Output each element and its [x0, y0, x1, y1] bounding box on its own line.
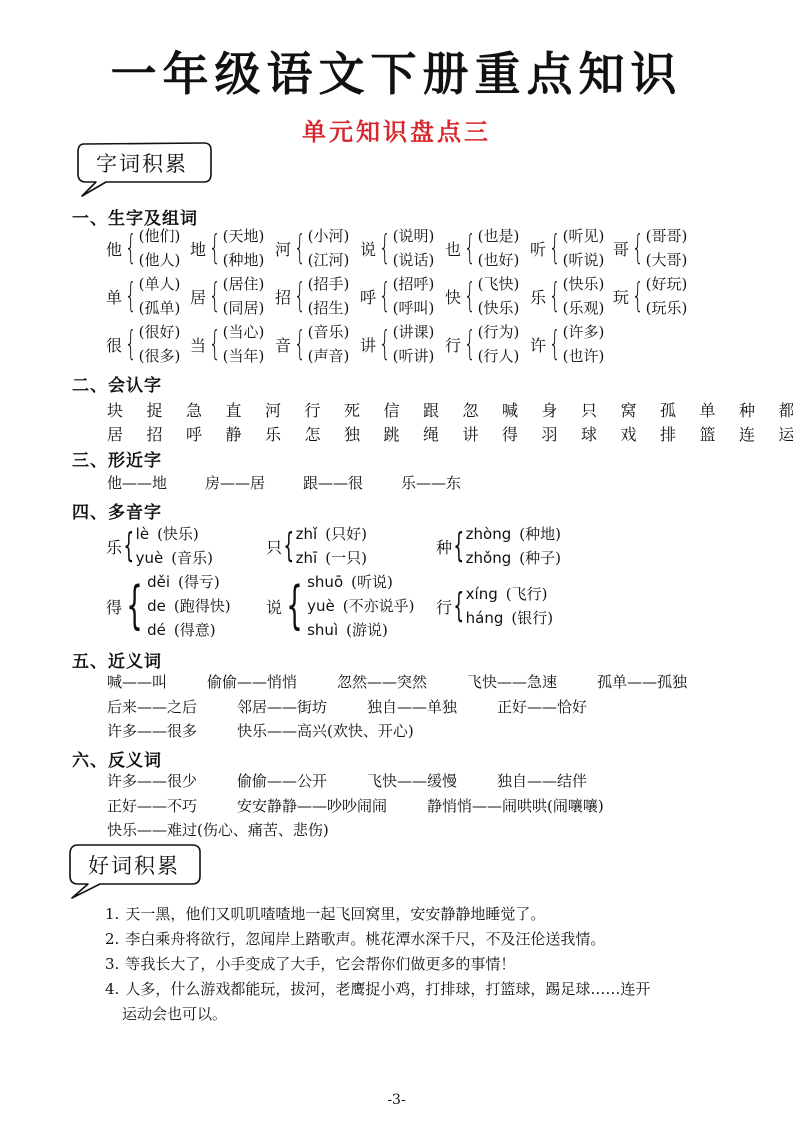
polyphonic-group: 得{děi(得亏)de(跑得快)dé(得意) — [106, 570, 231, 642]
brace-icon: { — [632, 279, 644, 313]
compound-word: (种地) — [223, 248, 265, 272]
sentence-item: 3.等我长大了，小手变成了大手，它会帮你们做更多的事情！ — [105, 953, 515, 974]
word-list: (当心)(当年) — [223, 320, 265, 368]
reading-line: děi(得亏) — [147, 570, 230, 594]
example-word: (听说) — [351, 573, 393, 591]
synonym-pair: 许多——很多 — [107, 720, 197, 741]
compound-word: (也许) — [563, 344, 605, 368]
compound-word: (听见) — [563, 224, 605, 248]
compound-word: (乐观) — [563, 296, 605, 320]
brace-icon: { — [125, 279, 137, 313]
synonym-row: 喊——叫偷偷——悄悄忽然——突然飞快——急速孤单——孤独 — [107, 671, 727, 692]
pinyin: dé — [147, 621, 166, 639]
pinyin: xíng — [466, 585, 498, 603]
pinyin: zhǐ — [296, 525, 318, 543]
reading-line: dé(得意) — [147, 618, 230, 642]
character: 他 — [106, 237, 122, 260]
recognize-character: 都 — [779, 398, 793, 421]
bubble-label: 好词积累 — [88, 850, 180, 880]
speech-bubble-word-accumulation: 字词积累 — [74, 140, 214, 200]
recognize-character: 种 — [739, 398, 779, 421]
compound-word: (当年) — [223, 344, 265, 368]
compound-word: (讲课) — [393, 320, 435, 344]
reading-line: zhǒng(种子) — [466, 546, 561, 570]
reading-list: lè(快乐)yuè(音乐) — [136, 522, 213, 570]
word-list: (说明)(说话) — [393, 224, 435, 272]
word-list: (音乐)(声音) — [308, 320, 350, 368]
recognize-character: 孤 — [660, 398, 700, 421]
pinyin: yuè — [136, 549, 164, 567]
pinyin: děi — [147, 573, 170, 591]
compound-word: (他人) — [139, 248, 181, 272]
compound-word: (说明) — [393, 224, 435, 248]
recognize-character: 连 — [739, 422, 779, 445]
character: 单 — [106, 285, 122, 308]
example-word: (快乐) — [157, 525, 199, 543]
word-group: 也{(也是)(也好) — [445, 224, 519, 272]
character: 玩 — [613, 285, 629, 308]
brace-icon: { — [286, 580, 303, 632]
word-group: 行{(行为)(行人) — [445, 320, 519, 368]
compound-word: (许多) — [563, 320, 605, 344]
antonym-pair: 正好——不巧 — [107, 795, 197, 816]
compound-word: (也是) — [478, 224, 520, 248]
pinyin: de — [147, 597, 166, 615]
compound-word: (他们) — [139, 224, 181, 248]
recognize-characters-row-1: 块捉急直河行死信跟忽喊身只窝孤单种都邻 — [107, 398, 793, 421]
character: 招 — [275, 285, 291, 308]
example-word: (一只) — [325, 549, 367, 567]
word-list: (快乐)(乐观) — [563, 272, 605, 320]
compound-word: (行人) — [478, 344, 520, 368]
reading-line: de(跑得快) — [147, 594, 230, 618]
brace-icon: { — [294, 231, 306, 265]
word-group: 说{(说明)(说话) — [360, 224, 434, 272]
polyphonic-group: 种{zhòng(种地)zhǒng(种子) — [436, 522, 561, 570]
compound-word: (同居) — [223, 296, 265, 320]
character: 行 — [436, 595, 452, 618]
compound-word: (哥哥) — [646, 224, 688, 248]
word-group: 许{(许多)(也许) — [530, 320, 604, 368]
sentence-number: 3. — [105, 955, 119, 973]
reading-line: yuè(不亦说乎) — [307, 594, 414, 618]
synonym-pair: 快乐——高兴(欢快、开心) — [237, 720, 414, 741]
recognize-character: 乐 — [265, 422, 305, 445]
character: 许 — [530, 333, 546, 356]
word-group: 玩{(好玩)(玩乐) — [613, 272, 687, 320]
brace-icon: { — [125, 231, 137, 265]
pinyin: zhòng — [466, 525, 512, 543]
example-word: (种地) — [519, 525, 561, 543]
reading-line: háng(银行) — [466, 606, 553, 630]
compound-word: (天地) — [223, 224, 265, 248]
pinyin: háng — [466, 609, 504, 627]
brace-icon: { — [294, 279, 306, 313]
reading-list: shuō(听说)yuè(不亦说乎)shuì(游说) — [307, 570, 414, 642]
word-group: 呼{(招呼)(呼叫) — [360, 272, 434, 320]
character: 哥 — [613, 237, 629, 260]
word-list: (他们)(他人) — [139, 224, 181, 272]
brace-icon: { — [464, 231, 476, 265]
character: 居 — [190, 285, 206, 308]
sentence-item: 1.天一黑，他们又叽叽喳喳地一起飞回窝里，安安静静地睡觉了。 — [105, 903, 545, 924]
pinyin: shuì — [307, 621, 338, 639]
compound-word: (当心) — [223, 320, 265, 344]
recognize-character: 单 — [700, 398, 740, 421]
word-group: 单{(单人)(孤单) — [106, 272, 180, 320]
word-list: (居住)(同居) — [223, 272, 265, 320]
example-word: (飞行) — [506, 585, 548, 603]
brace-icon: { — [379, 327, 391, 361]
character: 说 — [266, 595, 282, 618]
character: 地 — [190, 237, 206, 260]
recognize-character: 只 — [581, 398, 621, 421]
brace-icon: { — [294, 327, 306, 361]
reading-list: děi(得亏)de(跑得快)dé(得意) — [147, 570, 230, 642]
section-heading-similar-characters: 三、形近字 — [72, 446, 162, 471]
recognize-character: 跳 — [384, 422, 424, 445]
compound-word: (快乐) — [478, 296, 520, 320]
character: 种 — [436, 535, 452, 558]
word-group: 河{(小河)(江河) — [275, 224, 349, 272]
brace-icon: { — [125, 327, 137, 361]
pinyin: zhǒng — [466, 549, 512, 567]
compound-word: (呼叫) — [393, 296, 435, 320]
pinyin: zhī — [296, 549, 318, 567]
recognize-character: 信 — [384, 398, 424, 421]
character: 行 — [445, 333, 461, 356]
sentence-number: 4. — [105, 980, 119, 998]
antonym-row: 许多——很少偷偷——公开飞快——缓慢独自——结伴 — [107, 770, 627, 791]
brace-icon: { — [453, 589, 464, 623]
word-list: (哥哥)(大哥) — [646, 224, 688, 272]
recognize-characters-row-2: 居招呼静乐怎独跳绳讲得羽球戏排篮连运 — [107, 422, 793, 445]
synonym-pair: 后来——之后 — [107, 696, 197, 717]
compound-word: (江河) — [308, 248, 350, 272]
character: 音 — [275, 333, 291, 356]
reading-list: xíng(飞行)háng(银行) — [466, 582, 553, 630]
sentence-item: 4.人多，什么游戏都能玩，拔河，老鹰捉小鸡，打排球，打篮球，踢足球……连开 — [105, 978, 650, 999]
recognize-character: 排 — [660, 422, 700, 445]
word-list: (小河)(江河) — [308, 224, 350, 272]
brace-icon: { — [632, 231, 644, 265]
antonym-pair: 静悄悄——闹哄哄(闹嚷嚷) — [427, 795, 604, 816]
compound-word: (招呼) — [393, 272, 435, 296]
compound-word: (行为) — [478, 320, 520, 344]
reading-line: xíng(飞行) — [466, 582, 553, 606]
character: 说 — [360, 237, 376, 260]
sentence-text: 等我长大了，小手变成了大手，它会帮你们做更多的事情！ — [125, 955, 515, 973]
recognize-character: 招 — [147, 422, 187, 445]
word-group: 地{(天地)(种地) — [190, 224, 264, 272]
word-list: (招呼)(呼叫) — [393, 272, 435, 320]
reading-line: lè(快乐) — [136, 522, 213, 546]
brace-icon: { — [209, 327, 221, 361]
character: 呼 — [360, 285, 376, 308]
sentence-number: 1. — [105, 905, 119, 923]
antonym-pair: 安安静静——吵吵闹闹 — [237, 795, 387, 816]
page-number: -3- — [0, 1092, 793, 1108]
similar-pair: 乐——东 — [401, 472, 461, 493]
section-heading-antonyms: 六、反义词 — [72, 746, 162, 771]
recognize-character: 得 — [502, 422, 542, 445]
sentence-text: 天一黑，他们又叽叽喳喳地一起飞回窝里，安安静静地睡觉了。 — [125, 905, 545, 923]
example-word: (种子) — [519, 549, 561, 567]
compound-word: (招生) — [308, 296, 350, 320]
synonym-pair: 孤单——孤独 — [597, 671, 687, 692]
recognize-character: 急 — [186, 398, 226, 421]
recognize-character: 跟 — [423, 398, 463, 421]
pinyin: shuō — [307, 573, 343, 591]
recognize-character: 绳 — [423, 422, 463, 445]
antonym-pair: 快乐——难过(伤心、痛苦、悲伤) — [107, 819, 329, 840]
recognize-character: 河 — [265, 398, 305, 421]
word-list: (招手)(招生) — [308, 272, 350, 320]
word-group: 他{(他们)(他人) — [106, 224, 180, 272]
sentence-continuation: 运动会也可以。 — [122, 1003, 227, 1024]
synonym-pair: 正好——恰好 — [497, 696, 587, 717]
compound-word: (单人) — [139, 272, 181, 296]
antonym-pair: 许多——很少 — [107, 770, 197, 791]
compound-word: (说话) — [393, 248, 435, 272]
recognize-character: 捉 — [147, 398, 187, 421]
recognize-character: 行 — [305, 398, 345, 421]
word-list: (很好)(很多) — [139, 320, 181, 368]
brace-icon: { — [453, 529, 464, 563]
example-word: (银行) — [511, 609, 553, 627]
word-group: 招{(招手)(招生) — [275, 272, 349, 320]
character: 也 — [445, 237, 461, 260]
word-group: 哥{(哥哥)(大哥) — [613, 224, 687, 272]
recognize-character: 块 — [107, 398, 147, 421]
reading-list: zhòng(种地)zhǒng(种子) — [466, 522, 561, 570]
recognize-character: 喊 — [502, 398, 542, 421]
synonym-row: 后来——之后邻居——街坊独自——单独正好——恰好 — [107, 696, 627, 717]
compound-word: (居住) — [223, 272, 265, 296]
recognize-character: 戏 — [621, 422, 661, 445]
polyphonic-group: 只{zhǐ(只好)zhī(一只) — [266, 522, 367, 570]
recognize-character: 直 — [226, 398, 266, 421]
antonym-pair: 独自——结伴 — [497, 770, 587, 791]
word-list: (天地)(种地) — [223, 224, 265, 272]
example-word: (只好) — [325, 525, 367, 543]
polyphonic-group: 行{xíng(飞行)háng(银行) — [436, 582, 553, 630]
character: 很 — [106, 333, 122, 356]
compound-word: (音乐) — [308, 320, 350, 344]
word-group: 讲{(讲课)(听讲) — [360, 320, 434, 368]
character: 听 — [530, 237, 546, 260]
recognize-character: 运 — [779, 422, 793, 445]
synonym-pair: 邻居——街坊 — [237, 696, 327, 717]
compound-word: (声音) — [308, 344, 350, 368]
recognize-character: 怎 — [305, 422, 345, 445]
recognize-character: 死 — [344, 398, 384, 421]
word-group: 很{(很好)(很多) — [106, 320, 180, 368]
page-title: 一年级语文下册重点知识 — [0, 38, 793, 104]
character: 得 — [106, 595, 122, 618]
brace-icon: { — [379, 231, 391, 265]
recognize-character: 窝 — [621, 398, 661, 421]
reading-line: shuì(游说) — [307, 618, 414, 642]
recognize-character: 静 — [226, 422, 266, 445]
section-heading-recognize-characters: 二、会认字 — [72, 371, 162, 396]
brace-icon: { — [464, 327, 476, 361]
recognize-character: 篮 — [700, 422, 740, 445]
word-group: 快{(飞快)(快乐) — [445, 272, 519, 320]
pinyin: yuè — [307, 597, 335, 615]
brace-icon: { — [126, 580, 143, 632]
recognize-character: 讲 — [463, 422, 503, 445]
word-list: (讲课)(听讲) — [393, 320, 435, 368]
recognize-character: 球 — [581, 422, 621, 445]
word-group: 居{(居住)(同居) — [190, 272, 264, 320]
compound-word: (招手) — [308, 272, 350, 296]
similar-pair: 房——居 — [205, 472, 265, 493]
character: 当 — [190, 333, 206, 356]
word-group: 乐{(快乐)(乐观) — [530, 272, 604, 320]
character: 讲 — [360, 333, 376, 356]
reading-line: zhòng(种地) — [466, 522, 561, 546]
compound-word: (很好) — [139, 320, 181, 344]
word-list: (单人)(孤单) — [139, 272, 181, 320]
word-list: (许多)(也许) — [563, 320, 605, 368]
word-group: 音{(音乐)(声音) — [275, 320, 349, 368]
compound-word: (小河) — [308, 224, 350, 248]
compound-word: (玩乐) — [646, 296, 688, 320]
reading-list: zhǐ(只好)zhī(一只) — [296, 522, 367, 570]
reading-line: shuō(听说) — [307, 570, 414, 594]
synonym-pair: 忽然——突然 — [337, 671, 427, 692]
brace-icon: { — [123, 529, 134, 563]
word-list: (飞快)(快乐) — [478, 272, 520, 320]
recognize-character: 身 — [542, 398, 582, 421]
sentence-item: 2.李白乘舟将欲行，忽闻岸上踏歌声。桃花潭水深千尺，不及汪伦送我情。 — [105, 928, 605, 949]
polyphonic-group: 说{shuō(听说)yuè(不亦说乎)shuì(游说) — [266, 570, 414, 642]
compound-word: (听说) — [563, 248, 605, 272]
example-word: (不亦说乎) — [343, 597, 415, 615]
synonym-row: 许多——很多快乐——高兴(欢快、开心) — [107, 720, 454, 741]
character: 河 — [275, 237, 291, 260]
bubble-label: 字词积累 — [96, 148, 188, 178]
example-word: (得亏) — [178, 573, 220, 591]
brace-icon: { — [549, 279, 561, 313]
brace-icon: { — [549, 327, 561, 361]
example-word: (得意) — [174, 621, 216, 639]
word-group: 当{(当心)(当年) — [190, 320, 264, 368]
pinyin: lè — [136, 525, 149, 543]
brace-icon: { — [464, 279, 476, 313]
reading-line: zhī(一只) — [296, 546, 367, 570]
synonym-pair: 飞快——急速 — [467, 671, 557, 692]
compound-word: (大哥) — [646, 248, 688, 272]
reading-line: yuè(音乐) — [136, 546, 213, 570]
sentence-number: 2. — [105, 930, 119, 948]
word-group: 听{(听见)(听说) — [530, 224, 604, 272]
brace-icon: { — [209, 231, 221, 265]
antonym-row: 快乐——难过(伤心、痛苦、悲伤) — [107, 819, 369, 840]
word-list: (好玩)(玩乐) — [646, 272, 688, 320]
recognize-character: 独 — [344, 422, 384, 445]
compound-word: (听讲) — [393, 344, 435, 368]
similar-pair: 跟——很 — [303, 472, 363, 493]
compound-word: (孤单) — [139, 296, 181, 320]
recognize-character: 呼 — [186, 422, 226, 445]
sentence-text: 李白乘舟将欲行，忽闻岸上踏歌声。桃花潭水深千尺，不及汪伦送我情。 — [125, 930, 605, 948]
section-heading-polyphonic-characters: 四、多音字 — [72, 498, 162, 523]
recognize-character: 居 — [107, 422, 147, 445]
compound-word: (也好) — [478, 248, 520, 272]
brace-icon: { — [549, 231, 561, 265]
character: 快 — [445, 285, 461, 308]
example-word: (跑得快) — [174, 597, 231, 615]
word-list: (也是)(也好) — [478, 224, 520, 272]
character: 只 — [266, 535, 282, 558]
similar-characters-pairs: 他——地房——居跟——很乐——东 — [107, 472, 499, 493]
brace-icon: { — [379, 279, 391, 313]
polyphonic-group: 乐{lè(快乐)yuè(音乐) — [106, 522, 213, 570]
antonym-row: 正好——不巧安安静静——吵吵闹闹静悄悄——闹哄哄(闹嚷嚷) — [107, 795, 644, 816]
example-word: (游说) — [346, 621, 388, 639]
brace-icon: { — [283, 529, 294, 563]
compound-word: (好玩) — [646, 272, 688, 296]
character: 乐 — [106, 535, 122, 558]
sentence-text: 人多，什么游戏都能玩，拔河，老鹰捉小鸡，打排球，打篮球，踢足球……连开 — [125, 980, 650, 998]
antonym-pair: 飞快——缓慢 — [367, 770, 457, 791]
compound-word: (飞快) — [478, 272, 520, 296]
speech-bubble-good-words: 好词积累 — [66, 842, 206, 902]
compound-word: (很多) — [139, 344, 181, 368]
example-word: (音乐) — [171, 549, 213, 567]
reading-line: zhǐ(只好) — [296, 522, 367, 546]
synonym-pair: 独自——单独 — [367, 696, 457, 717]
recognize-character: 忽 — [463, 398, 503, 421]
character: 乐 — [530, 285, 546, 308]
word-list: (听见)(听说) — [563, 224, 605, 272]
brace-icon: { — [209, 279, 221, 313]
similar-pair: 他——地 — [107, 472, 167, 493]
recognize-character: 羽 — [542, 422, 582, 445]
synonym-pair: 喊——叫 — [107, 671, 167, 692]
antonym-pair: 偷偷——公开 — [237, 770, 327, 791]
compound-word: (快乐) — [563, 272, 605, 296]
section-heading-synonyms: 五、近义词 — [72, 647, 162, 672]
synonym-pair: 偷偷——悄悄 — [207, 671, 297, 692]
word-list: (行为)(行人) — [478, 320, 520, 368]
